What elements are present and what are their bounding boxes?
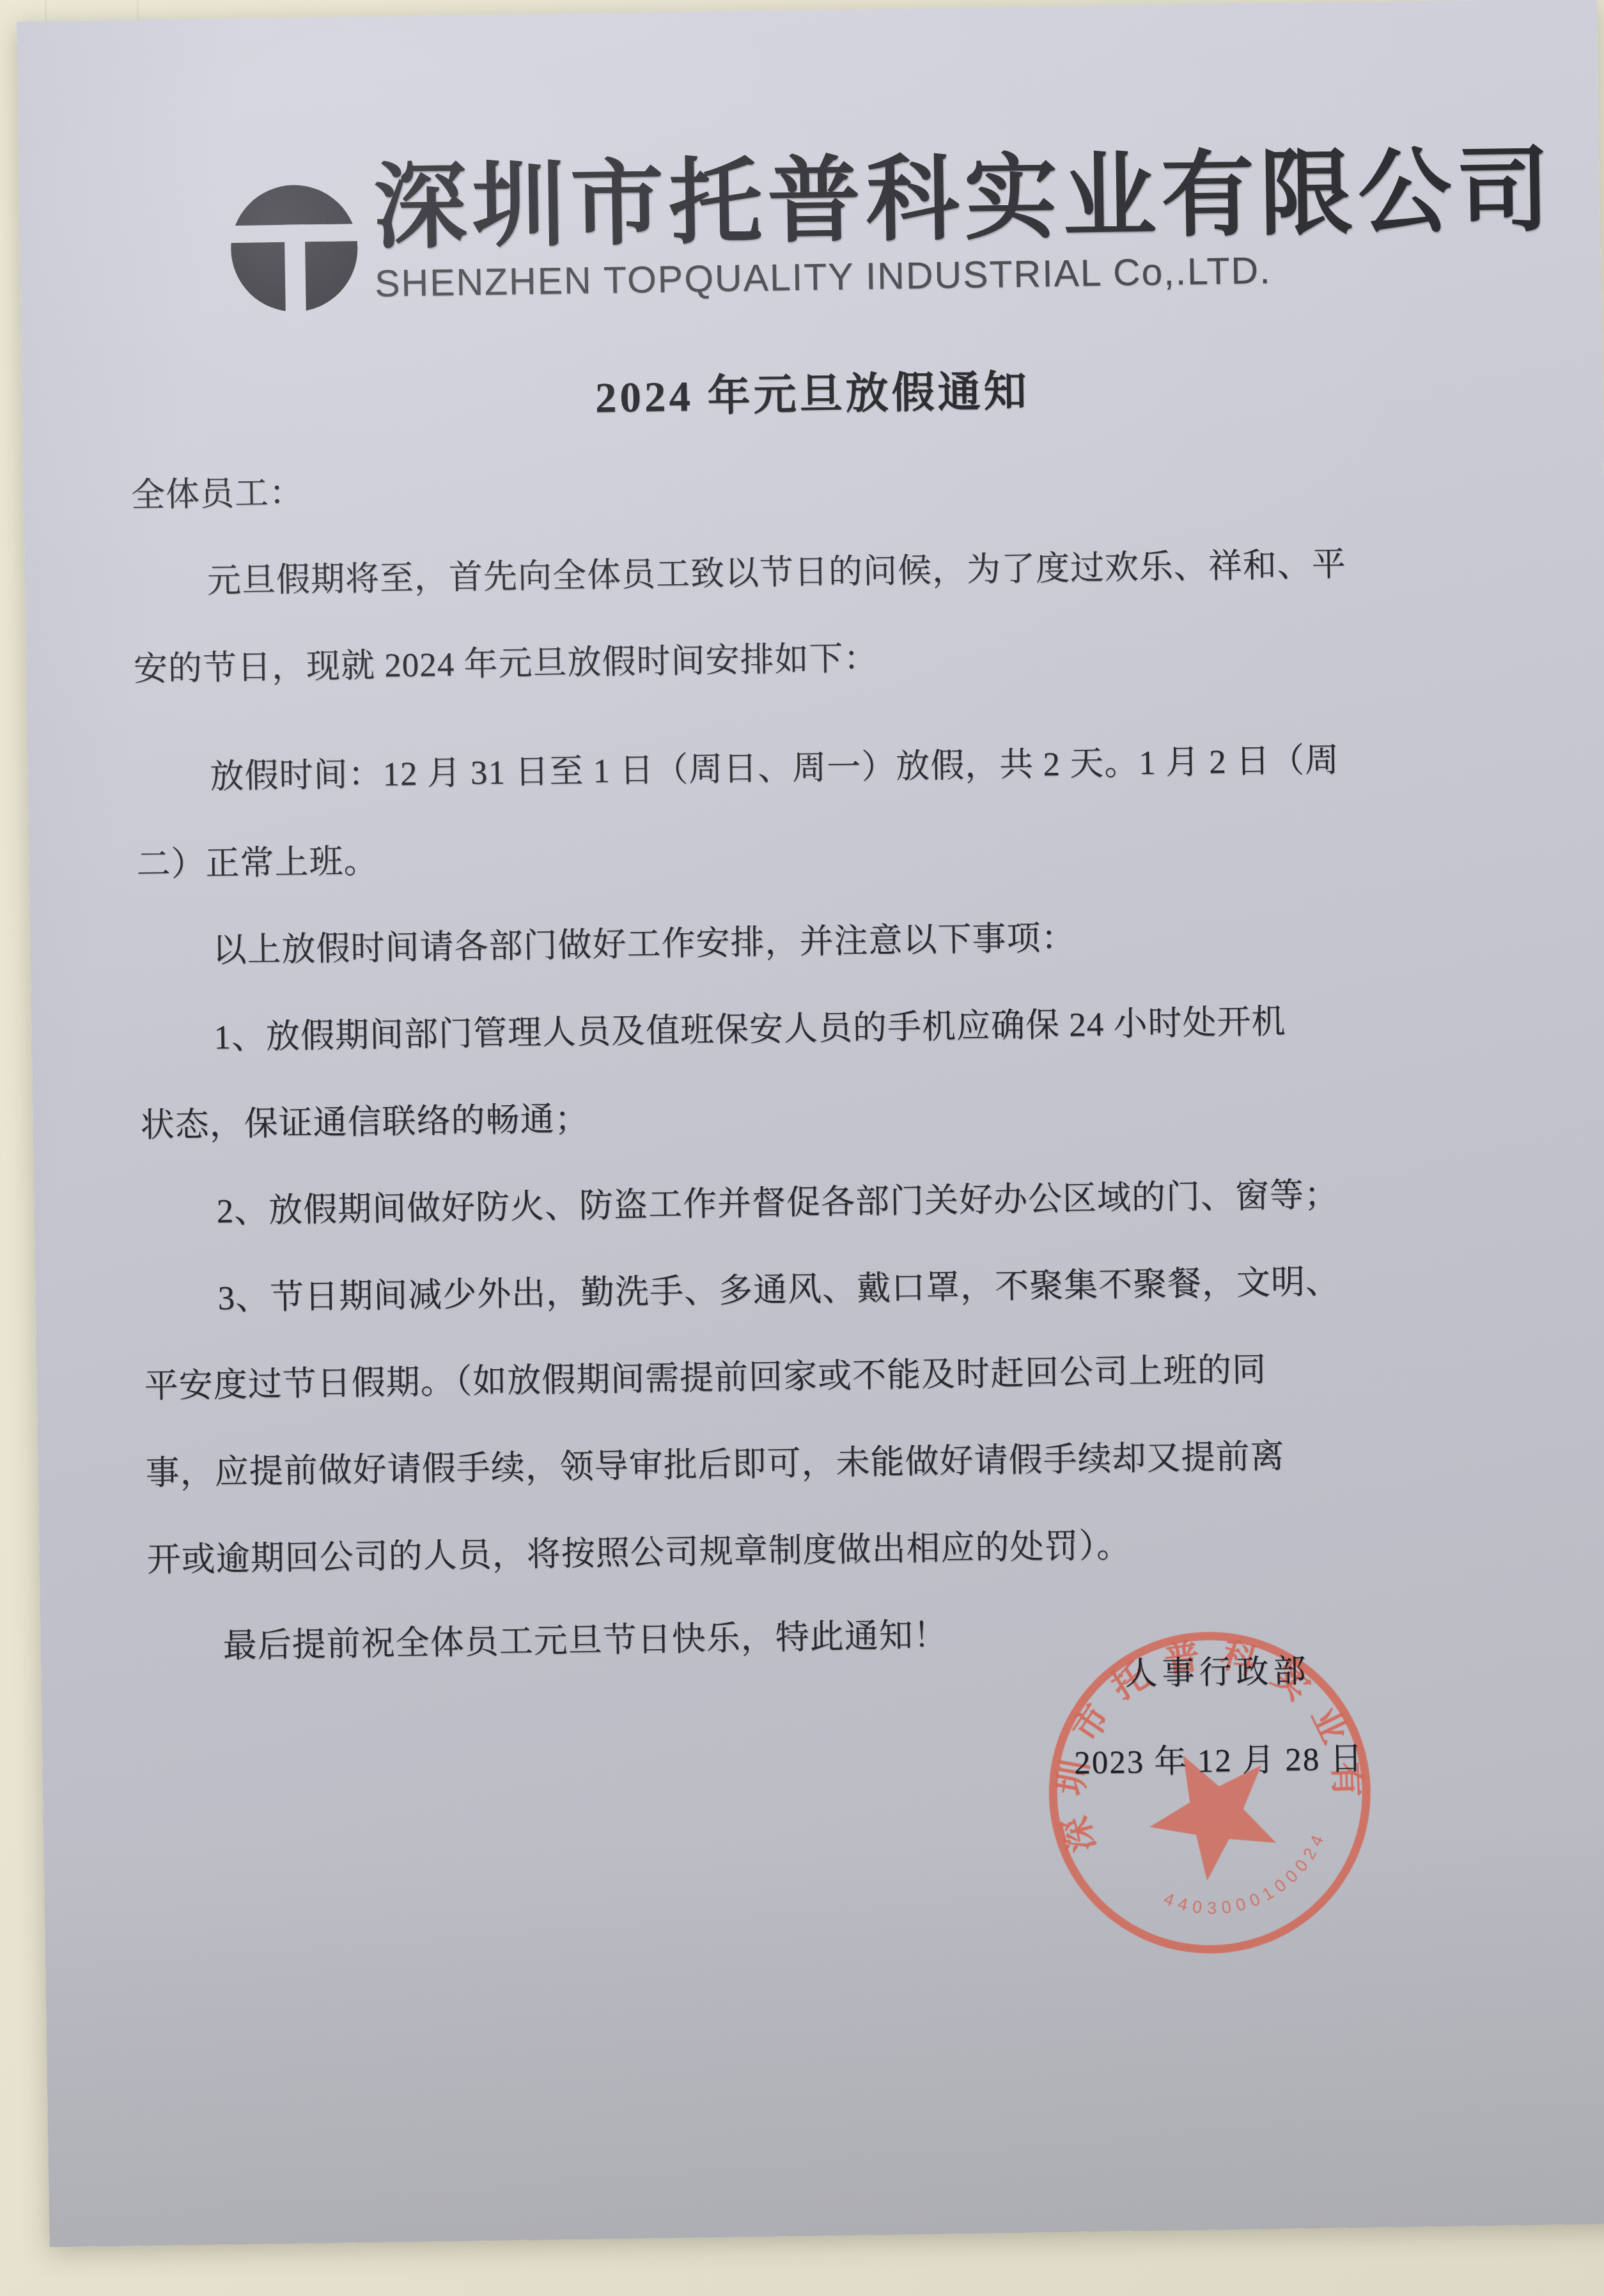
notice-paper: 深圳市托普科实业有限公司 SHENZHEN TOPQUALITY INDUSTR… xyxy=(17,0,1604,2247)
notice-title: 2024 年元旦放假通知 xyxy=(22,348,1603,433)
photographed-notice: { "page": { "kind": "printed holiday not… xyxy=(0,0,1604,2296)
body-lines: 元旦假期将至，首先向全体员工致以节日的问候，为了度过欢乐、祥和、平安的节日，现就… xyxy=(132,519,1523,1691)
notice-body: 全体员工： 元旦假期将至，首先向全体员工致以节日的问候，为了度过欢乐、祥和、平安… xyxy=(130,432,1523,1691)
letterhead: 深圳市托普科实业有限公司 SHENZHEN TOPQUALITY INDUSTR… xyxy=(230,141,1556,313)
signoff-department: 人事行政部 xyxy=(1102,1644,1333,1695)
company-name-cn: 深圳市托普科实业有限公司 xyxy=(373,141,1555,259)
company-names: 深圳市托普科实业有限公司 SHENZHEN TOPQUALITY INDUSTR… xyxy=(373,141,1556,305)
signoff-date: 2023 年 12 月 28 日 xyxy=(1027,1731,1411,1784)
topquality-t-logo-icon xyxy=(230,184,359,313)
